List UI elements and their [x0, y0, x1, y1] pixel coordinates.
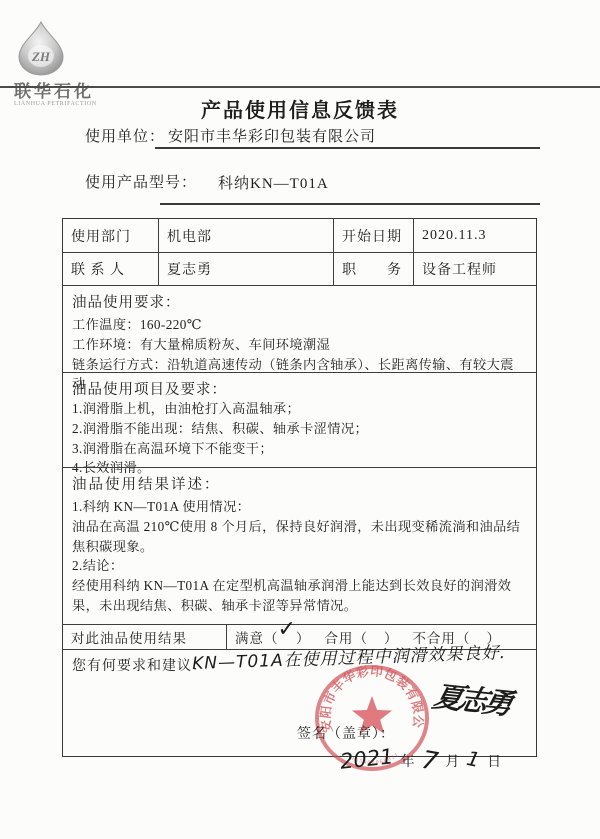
section-items: 油品使用项目及要求： 1.润滑脂上机，由油枪打入高温轴承； 2.润滑脂不能出现：…: [63, 373, 536, 467]
section-requirements: 油品使用要求： 工作温度：160-220℃ 工作环境：有大量棉质粉灰、车间环境潮…: [63, 286, 536, 372]
section-results: 油品使用结果详述： 1.科纳 KN—T01A 使用情况： 油品在高温 210℃使…: [63, 468, 536, 624]
day-suffix: 日: [487, 751, 502, 771]
page-title: 产品使用信息反馈表: [0, 94, 600, 123]
table-row-requirements: 油品使用要求： 工作温度：160-220℃ 工作环境：有大量棉质粉灰、车间环境潮…: [63, 285, 536, 372]
company-field-value: 安阳市丰华彩印包装有限公司: [168, 125, 376, 146]
check-mark: ✓: [278, 617, 297, 642]
paren: （: [264, 627, 279, 647]
year-suffix: 年: [400, 751, 415, 771]
job-label-cell: 职 务: [333, 253, 413, 285]
handwritten-signature: 夏志勇: [429, 674, 514, 722]
contact-value-cell: 夏志勇: [158, 253, 333, 285]
month-suffix: 月: [445, 751, 460, 771]
requirements-line: 工作温度：160-220℃: [72, 315, 526, 335]
items-line: 1.润滑脂上机，由油枪打入高温轴承；: [72, 399, 526, 419]
scanned-feedback-form-page: ZH 联华石化 LIANHUA PETRIFACTION 产品使用信息反馈表 使…: [0, 0, 600, 839]
requirements-title: 油品使用要求：: [72, 291, 526, 312]
signature-label: 签名（盖章）：: [297, 723, 395, 743]
handwritten-month: 7: [420, 745, 441, 776]
results-line: 经使用科纳 KN—T01A 在定型机高温轴承润滑上能达到长效良好的润滑效果，未出…: [72, 576, 526, 616]
option-satisfied-label: 满意: [235, 627, 264, 647]
results-title: 油品使用结果详述：: [72, 473, 526, 494]
handwritten-day: 1: [465, 746, 482, 772]
items-title: 油品使用项目及要求：: [72, 378, 526, 399]
items-line: 2.润滑脂不能出现：结焦、积碳、轴承卡涩情况；: [72, 419, 526, 439]
table-row-department: 使用部门 机电部 开始日期 2020.11.3: [63, 219, 536, 252]
table-row-results: 油品使用结果详述： 1.科纳 KN—T01A 使用情况： 油品在高温 210℃使…: [63, 467, 536, 624]
evaluation-label-cell: 对此油品使用结果: [63, 625, 226, 649]
dept-label-cell: 使用部门: [63, 219, 158, 252]
table-row-items: 油品使用项目及要求： 1.润滑脂上机，由油枪打入高温轴承； 2.润滑脂不能出现：…: [63, 372, 536, 467]
product-field-underline: [160, 203, 540, 205]
header-divider: [0, 86, 600, 88]
handwritten-year: 2021: [339, 744, 395, 773]
dept-value-cell: 机电部: [158, 219, 333, 252]
contact-label-cell: 联 系 人: [63, 253, 158, 285]
company-field-label: 使用单位：: [85, 125, 165, 146]
product-field-value: 科纳KN—T01A: [218, 172, 329, 193]
product-field-label: 使用产品型号：: [85, 171, 197, 192]
results-line: 1.科纳 KN—T01A 使用情况：: [72, 497, 526, 517]
start-date-value-cell: 2020.11.3: [413, 219, 536, 252]
results-line: 2.结论：: [72, 556, 526, 576]
results-line: 油品在高温 210℃使用 8 个月后，保持良好润滑，未出现变稀流淌和油品结焦积碳…: [72, 517, 526, 557]
table-row-contact: 联 系 人 夏志勇 职 务 设备工程师: [63, 252, 536, 285]
job-value-cell: 设备工程师: [413, 253, 536, 285]
start-date-label-cell: 开始日期: [333, 219, 413, 252]
logo-monogram: ZH: [31, 49, 51, 64]
company-field-underline: [155, 147, 540, 149]
items-line: 3.润滑脂在高温环境下不能变干；: [72, 439, 526, 459]
date-line: 2021 年 7 月 1 日: [340, 742, 509, 771]
logo-drop-icon: ZH: [14, 20, 68, 76]
feedback-table: 使用部门 机电部 开始日期 2020.11.3 联 系 人 夏志勇 职 务 设备…: [62, 218, 537, 757]
requirements-line: 工作环境：有大量棉质粉灰、车间环境潮湿: [72, 335, 526, 355]
